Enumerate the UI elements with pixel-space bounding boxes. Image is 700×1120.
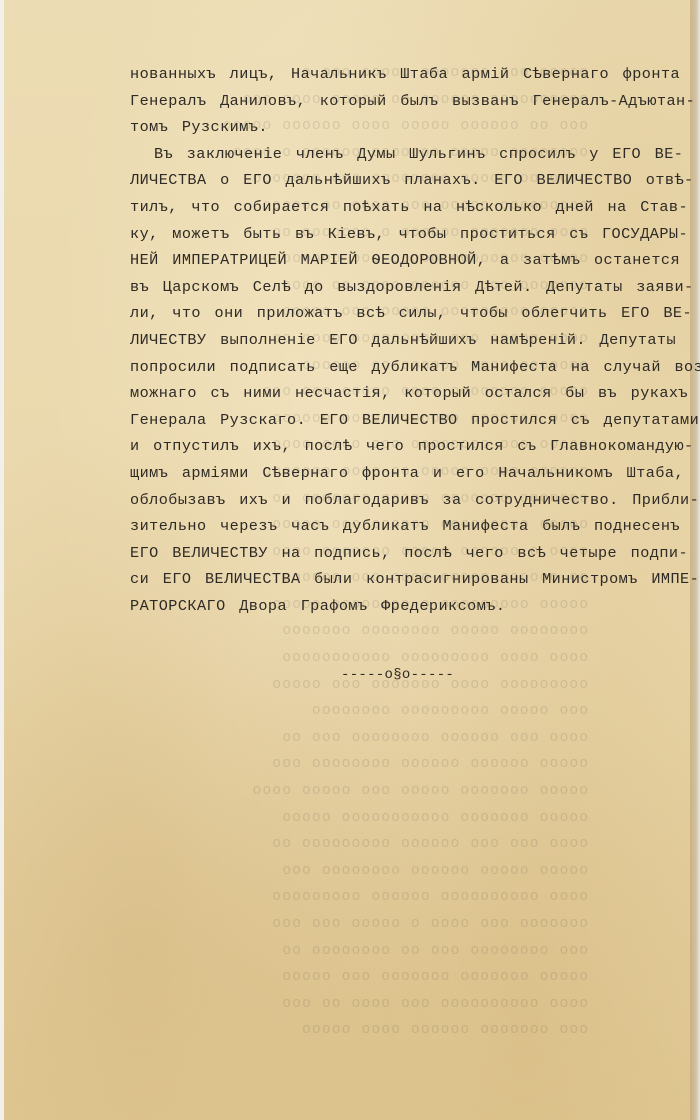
text-line: Въ заключеніе членъ Думы Шульгинъ спроси… — [130, 141, 690, 168]
text-line: тилъ, что собирается поѣхать на нѣскольк… — [130, 194, 690, 221]
text-line: попросили подписать еще дубликатъ Манифе… — [130, 354, 690, 381]
text-line: Генералъ Даниловъ, который былъ вызванъ … — [130, 88, 690, 115]
text-line: щимъ арміями Сѣвернаго фронта и его Нача… — [130, 460, 690, 487]
text-line: ЕГО ВЕЛИЧЕСТВУ на подпись, послѣ чего вс… — [130, 540, 690, 567]
document-page: ооооо ооо ооооооо ооооо ооо о оооооооооо… — [0, 0, 700, 1120]
text-line: и отпустилъ ихъ, послѣ чего простился съ… — [130, 433, 690, 460]
text-line: томъ Рузскимъ. — [130, 114, 690, 141]
text-line: си ЕГО ВЕЛИЧЕСТВА были контрасигнированы… — [130, 566, 690, 593]
text-line: ли, что они приложатъ всѣ силы, чтобы об… — [130, 300, 690, 327]
scan-edge-right — [690, 0, 700, 1120]
text-line: въ Царскомъ Селѣ до выздоровленія Дѣтей.… — [130, 274, 690, 301]
text-line: зительно черезъ часъ дубликатъ Манифеста… — [130, 513, 690, 540]
text-line: ЛИЧЕСТВУ выполненіе ЕГО дальнѣйшихъ намѣ… — [130, 327, 690, 354]
text-line: Генерала Рузскаго. ЕГО ВЕЛИЧЕСТВО прости… — [130, 407, 690, 434]
scan-edge-left — [0, 0, 4, 1120]
text-line: ку, можетъ быть въ Кіевъ, чтобы простить… — [130, 221, 690, 248]
paragraph-1: нованныхъ лицъ, Начальникъ Штаба армій С… — [130, 61, 690, 141]
section-divider: -----o§o----- — [341, 667, 454, 683]
text-line: можнаго съ ними несчастія, который остал… — [130, 380, 690, 407]
document-body: нованныхъ лицъ, Начальникъ Штаба армій С… — [130, 61, 690, 619]
text-line: РАТОРСКАГО Двора Графомъ Фредериксомъ. — [130, 593, 690, 620]
text-line: ЛИЧЕСТВА о ЕГО дальнѣйшихъ планахъ. ЕГО … — [130, 167, 690, 194]
paragraph-2: Въ заключеніе членъ Думы Шульгинъ спроси… — [130, 141, 690, 620]
text-line: НЕЙ ИМПЕРАТРИЦЕЙ МАРІЕЙ ѲЕОДОРОВНОЙ, а з… — [130, 247, 690, 274]
text-line: облобызавъ ихъ и поблагодаривъ за сотруд… — [130, 487, 690, 514]
text-line: нованныхъ лицъ, Начальникъ Штаба армій С… — [130, 61, 690, 88]
